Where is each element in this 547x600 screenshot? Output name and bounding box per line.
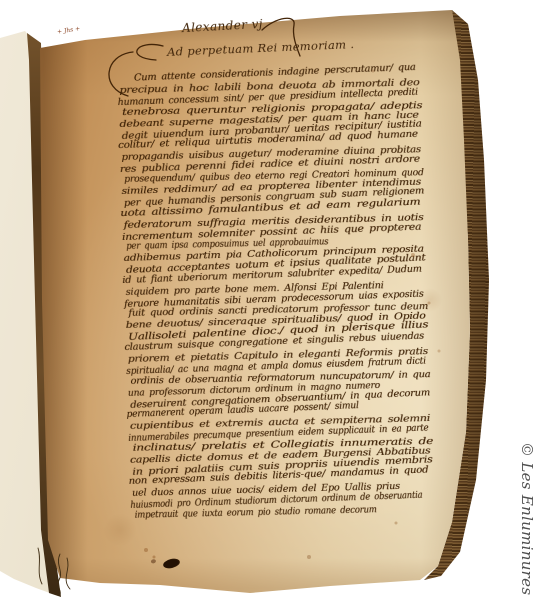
- body-text: Cum attente considerationis indagine per…: [0, 0, 547, 600]
- photo-background: + Jhs + Alexander vj Ad perpetuam Rei me…: [0, 0, 547, 600]
- copyright-watermark: © Les Enluminures: [518, 442, 536, 595]
- foxing-spots: [0, 0, 2, 2]
